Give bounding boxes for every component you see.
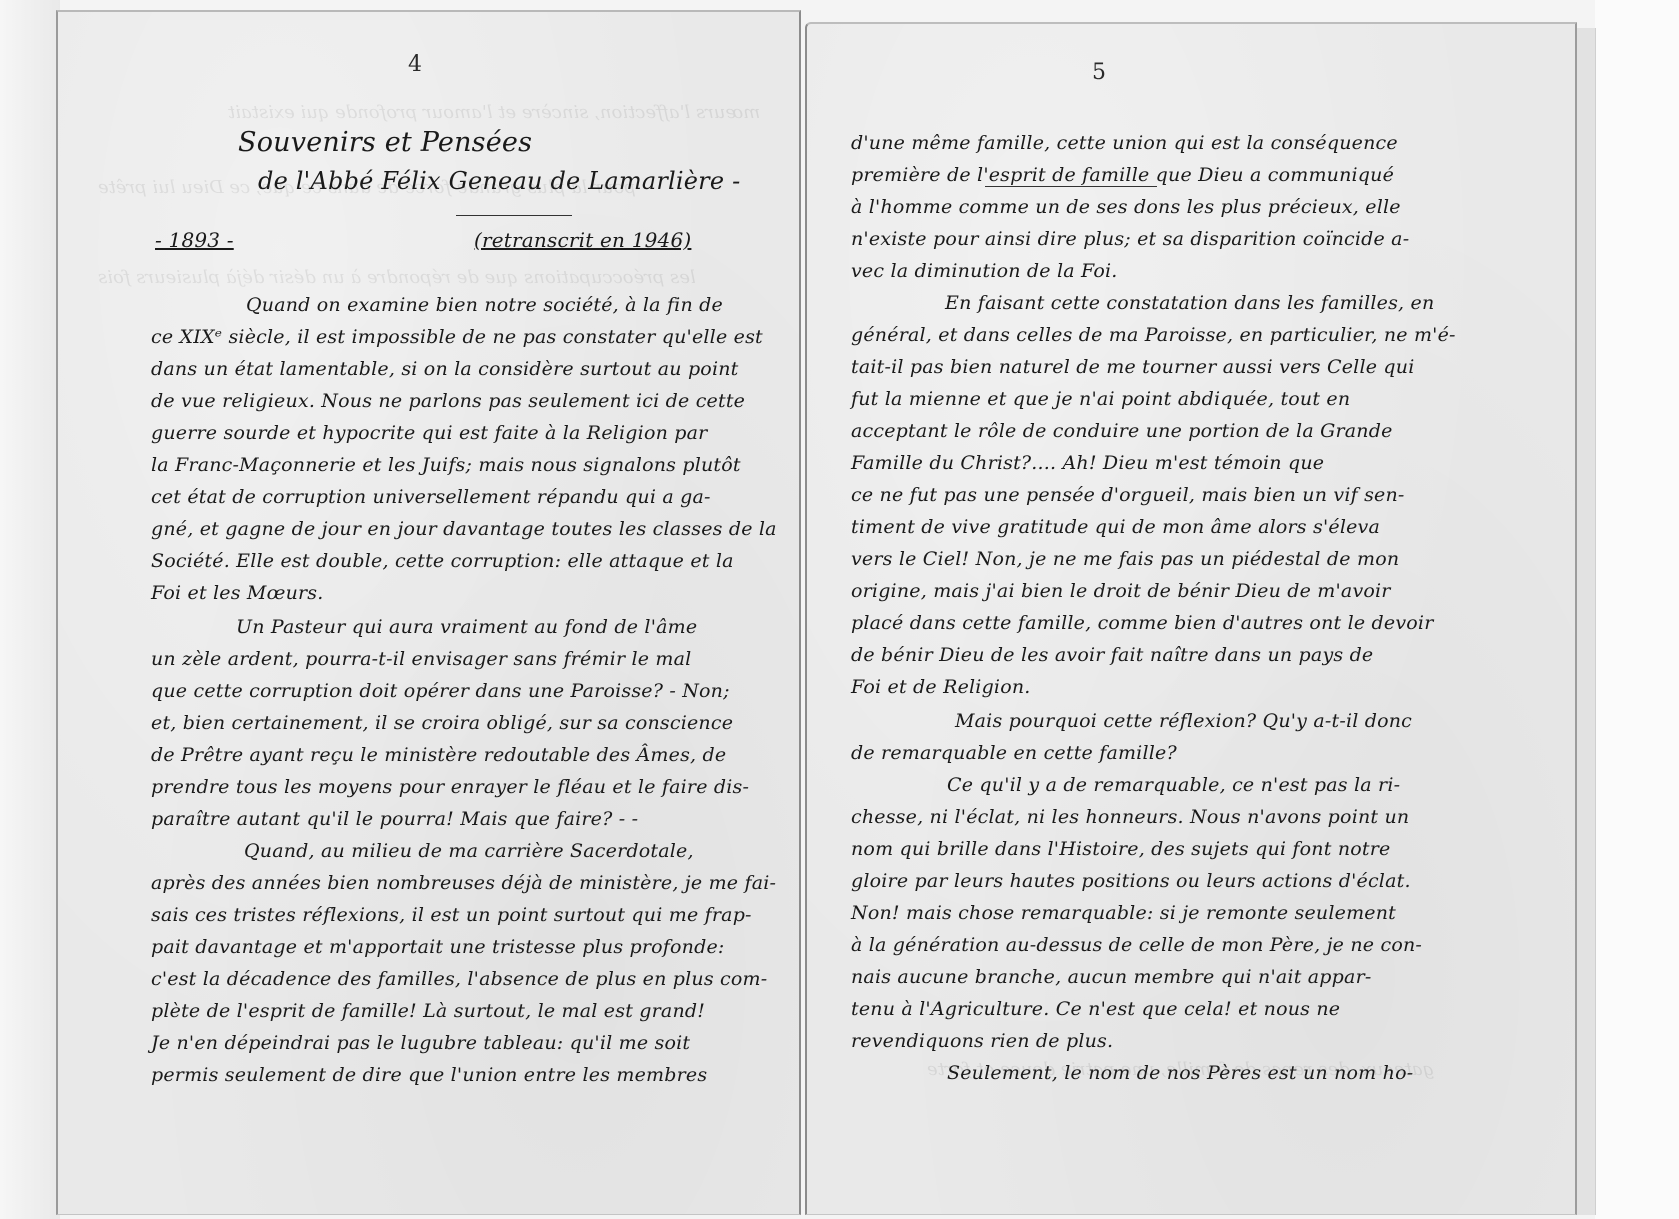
transcription-note: (retranscrit en 1946) <box>474 228 691 252</box>
text-line: Je n'en dépeindrai pas le lugubre tablea… <box>151 1032 690 1054</box>
text-line: chesse, ni l'éclat, ni les honneurs. Nou… <box>851 806 1409 828</box>
left-page: mœurs l'affection, sincère et l'amour pr… <box>56 10 801 1215</box>
bleed-through-text: mœurs l'affection, sincère et l'amour pr… <box>228 102 760 123</box>
text-line: ce XIXᵉ siècle, il est impossible de ne … <box>151 326 763 348</box>
text-line: nom qui brille dans l'Histoire, des suje… <box>851 838 1390 860</box>
text-line: de vue religieux. Nous ne parlons pas se… <box>151 390 745 412</box>
page-number: 4 <box>408 52 422 77</box>
bleed-through-text: les préoccupations que de répondre à un … <box>98 267 696 288</box>
esprit-de-famille-underline <box>985 186 1157 187</box>
text-line: Non! mais chose remarquable: si je remon… <box>851 902 1396 924</box>
text-line: Foi et les Mœurs. <box>151 582 323 604</box>
scan-background-left <box>0 0 60 1219</box>
text-line: général, et dans celles de ma Paroisse, … <box>851 324 1456 346</box>
text-line: un zèle ardent, pourra-t-il envisager sa… <box>151 648 691 670</box>
text-line: Foi et de Religion. <box>851 676 1031 698</box>
text-line: de bénir Dieu de les avoir fait naître d… <box>851 644 1373 666</box>
text-line: tenu à l'Agriculture. Ce n'est que cela!… <box>851 998 1340 1020</box>
text-line: pait davantage et m'apportait une triste… <box>151 936 725 958</box>
text-line: première de l'esprit de famille que Dieu… <box>851 164 1394 186</box>
text-line: Société. Elle est double, cette corrupti… <box>151 550 734 572</box>
text-line: d'une même famille, cette union qui est … <box>851 132 1398 154</box>
text-line: ce ne fut pas une pensée d'orgueil, mais… <box>851 484 1405 506</box>
document-year: - 1893 - <box>155 228 234 252</box>
text-line: Famille du Christ?.... Ah! Dieu m'est té… <box>851 452 1324 474</box>
text-line: Seulement, le nom de nos Pères est un no… <box>947 1062 1413 1084</box>
text-line: placé dans cette famille, comme bien d'a… <box>851 612 1434 634</box>
text-line: timent de vive gratitude qui de mon âme … <box>851 516 1380 538</box>
text-line: à l'homme comme un de ses dons les plus … <box>851 196 1401 218</box>
page-number: 5 <box>1092 60 1106 85</box>
text-line: acceptant le rôle de conduire une portio… <box>851 420 1393 442</box>
text-line: revendiquons rien de plus. <box>851 1030 1113 1052</box>
title-underline <box>456 215 572 216</box>
text-line: vec la diminution de la Foi. <box>851 260 1118 282</box>
text-line: tait-il pas bien naturel de me tourner a… <box>851 356 1414 378</box>
text-line: dans un état lamentable, si on la consid… <box>151 358 739 380</box>
text-line: la Franc-Maçonnerie et les Juifs; mais n… <box>151 454 741 476</box>
right-page: gateaux, des repas de famille, une patri… <box>805 22 1577 1215</box>
text-line: Mais pourquoi cette réflexion? Qu'y a-t-… <box>955 710 1412 732</box>
text-line: après des années bien nombreuses déjà de… <box>151 872 776 894</box>
text-line: vers le Ciel! Non, je ne me fais pas un … <box>851 548 1399 570</box>
text-line: de Prêtre ayant reçu le ministère redout… <box>151 744 726 766</box>
text-line: que cette corruption doit opérer dans un… <box>151 680 730 702</box>
text-line: nais aucune branche, aucun membre qui n'… <box>851 966 1371 988</box>
text-line: guerre sourde et hypocrite qui est faite… <box>151 422 707 444</box>
text-line: gloire par leurs hautes positions ou leu… <box>851 870 1411 892</box>
document-title: Souvenirs et Pensées <box>238 127 532 158</box>
text-line: c'est la décadence des familles, l'absen… <box>151 968 767 990</box>
text-line: n'existe pour ainsi dire plus; et sa dis… <box>851 228 1409 250</box>
text-line: gné, et gagne de jour en jour davantage … <box>151 518 777 540</box>
text-line: Quand, au milieu de ma carrière Sacerdot… <box>244 840 694 862</box>
text-line: En faisant cette constatation dans les f… <box>945 292 1434 314</box>
text-line: Un Pasteur qui aura vraiment au fond de … <box>236 616 697 638</box>
text-line: Quand on examine bien notre société, à l… <box>246 294 723 316</box>
text-line: prendre tous les moyens pour enrayer le … <box>151 776 749 798</box>
text-line: sais ces tristes réflexions, il est un p… <box>151 904 752 926</box>
text-line: fut la mienne et que je n'ai point abdiq… <box>851 388 1350 410</box>
page-edge <box>1577 28 1596 1215</box>
text-line: permis seulement de dire que l'union ent… <box>151 1064 707 1086</box>
document-author: de l'Abbé Félix Geneau de Lamarlière - <box>258 167 740 195</box>
text-line: de remarquable en cette famille? <box>851 742 1177 764</box>
text-line: Ce qu'il y a de remarquable, ce n'est pa… <box>947 774 1400 796</box>
text-line: cet état de corruption universellement r… <box>151 486 711 508</box>
text-line: paraître autant qu'il le pourra! Mais qu… <box>151 808 638 830</box>
text-line: à la génération au-dessus de celle de mo… <box>851 934 1422 956</box>
text-line: origine, mais j'ai bien le droit de béni… <box>851 580 1391 602</box>
text-line: plète de l'esprit de famille! Là surtout… <box>151 1000 705 1022</box>
text-line: et, bien certainement, il se croira obli… <box>151 712 733 734</box>
scan-background-right <box>1595 0 1679 1219</box>
